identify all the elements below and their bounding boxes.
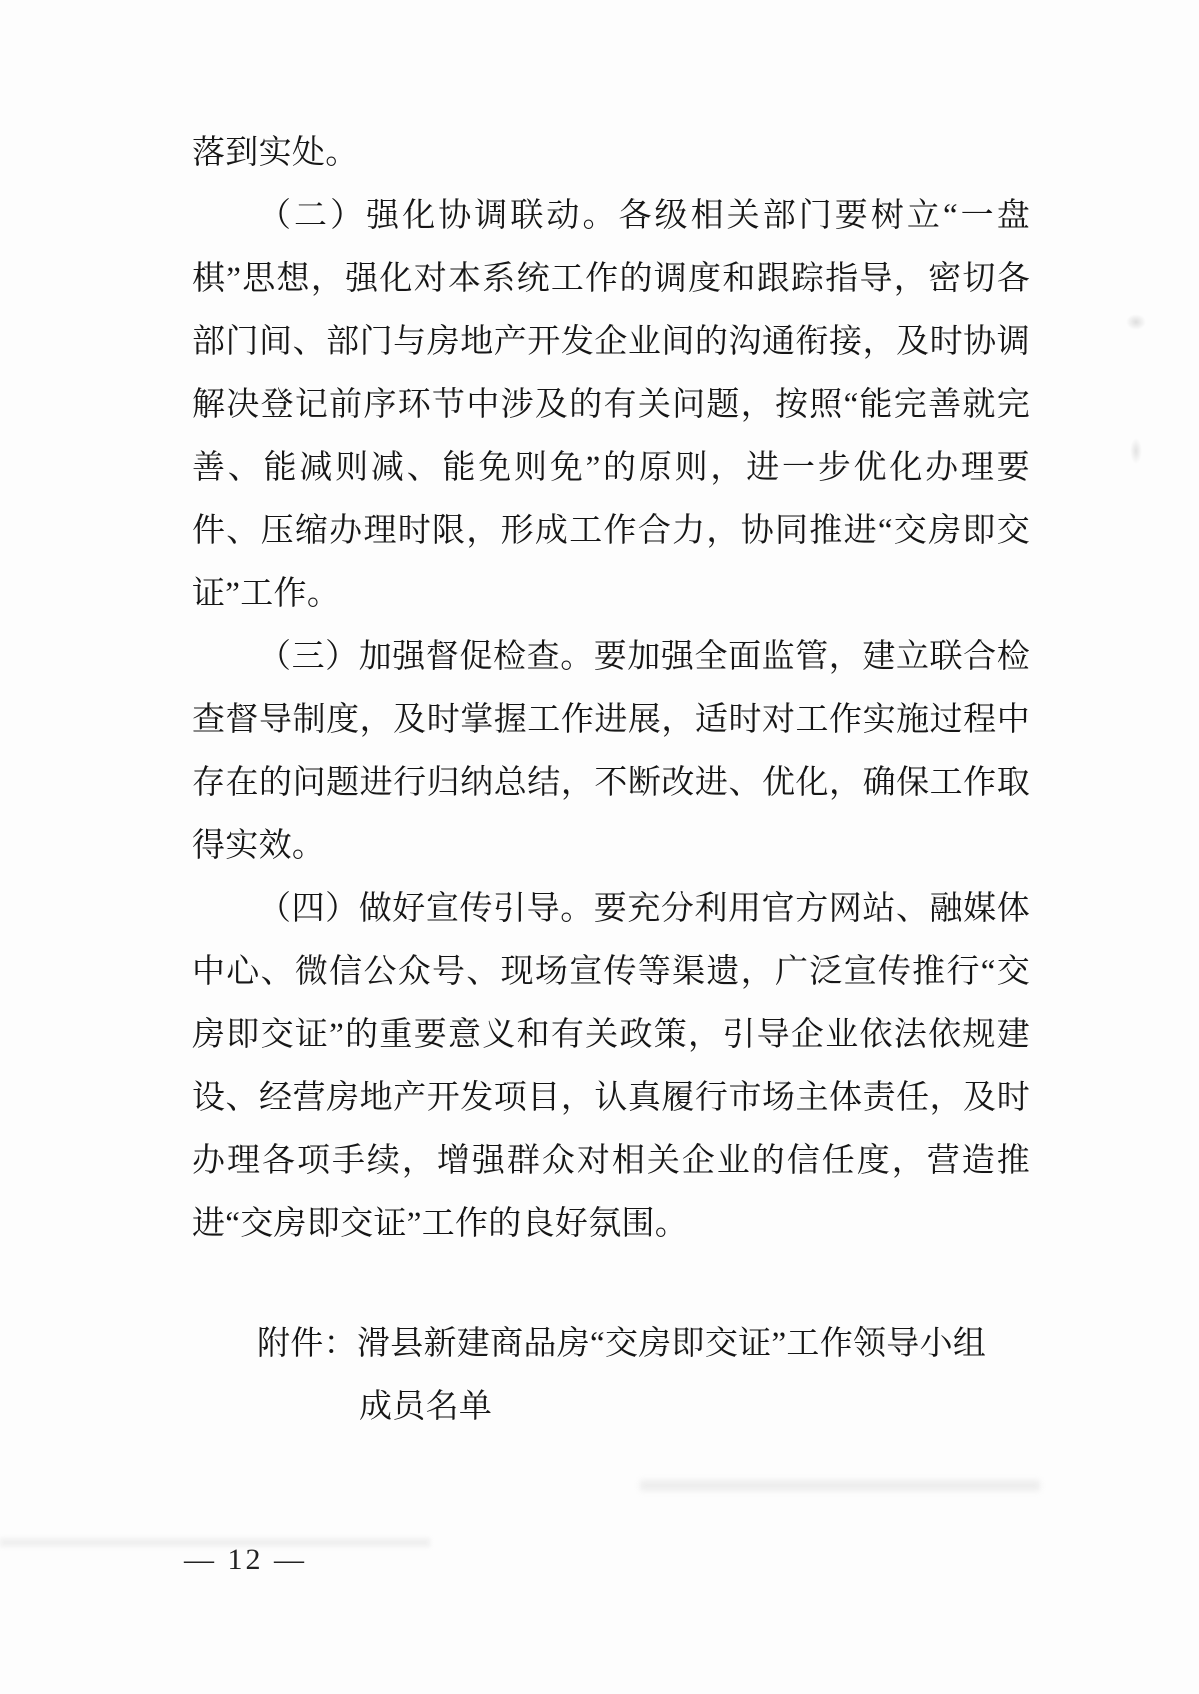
scan-bleed-strip — [640, 1480, 1040, 1491]
page-number: — 12 — — [184, 1543, 307, 1577]
scan-smudge — [1126, 314, 1146, 330]
attachment-line-2: 成员名单 — [257, 1376, 1057, 1439]
body-paragraph: 落到实处。 — [192, 122, 1030, 185]
document-page: 落到实处。（二）强化协调联动。各级相关部门要树立“一盘棋”思想，强化对本系统工作… — [0, 0, 1199, 1694]
body-paragraph: （四）做好宣传引导。要充分利用官方网站、融媒体中心、微信公众号、现场宣传等渠遗，… — [192, 878, 1030, 1256]
document-body: 落到实处。（二）强化协调联动。各级相关部门要树立“一盘棋”思想，强化对本系统工作… — [192, 122, 1030, 1256]
scan-dot — [1130, 438, 1142, 464]
attachment-line-1: 附件：滑县新建商品房“交房即交证”工作领导小组 — [257, 1313, 1057, 1376]
body-paragraph: （二）强化协调联动。各级相关部门要树立“一盘棋”思想，强化对本系统工作的调度和跟… — [192, 185, 1030, 626]
attachment-note: 附件：滑县新建商品房“交房即交证”工作领导小组 成员名单 — [257, 1313, 1057, 1439]
body-paragraph: （三）加强督促检查。要加强全面监管，建立联合检查督导制度，及时掌握工作进展，适时… — [192, 626, 1030, 878]
